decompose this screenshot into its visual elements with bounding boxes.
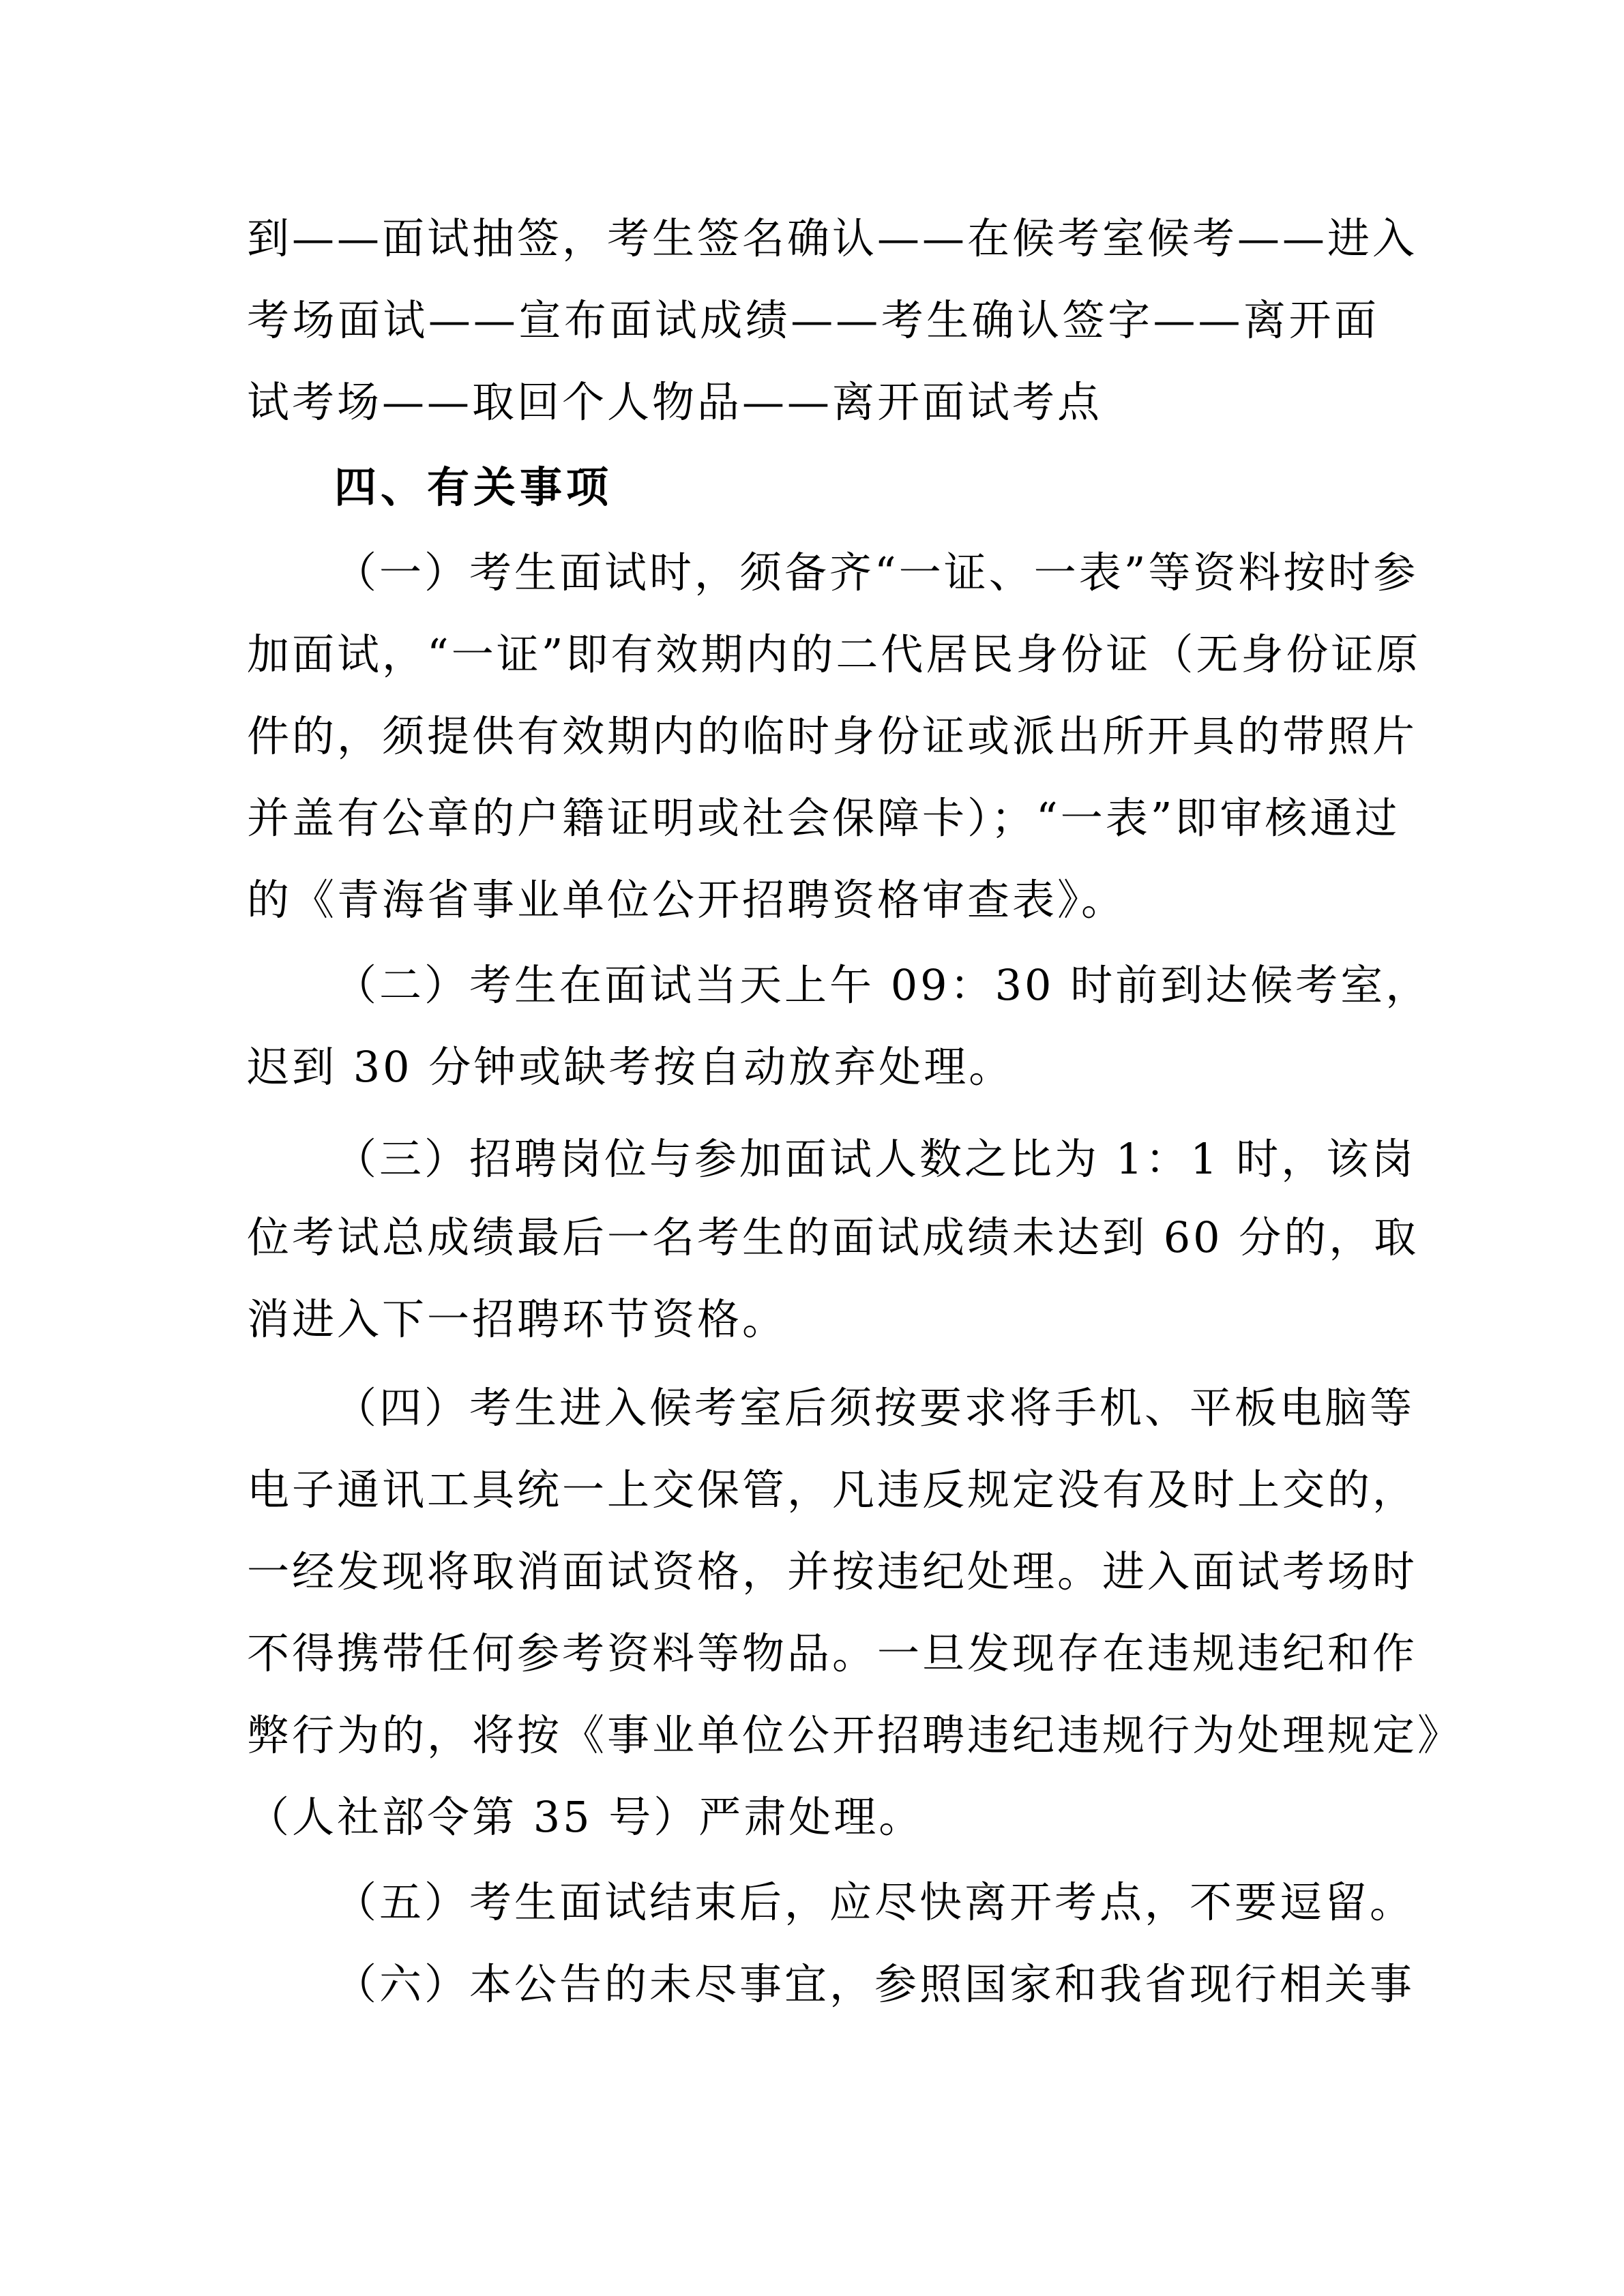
item-5-line-1: （五）考生面试结束后，应尽快离开考点，不要逗留。 <box>334 1872 1379 1933</box>
item-3-line-1: （三）招聘岗位与参加面试人数之比为 1：1 时，该岗 <box>334 1129 1379 1190</box>
section-heading: 四、有关事项 <box>334 457 1379 518</box>
procedure-line-3: 试考场——取回个人物品——离开面试考点 <box>247 372 1379 433</box>
item-6-line-1: （六）本公告的未尽事宜，参照国家和我省现行相关事 <box>334 1954 1379 2015</box>
procedure-line-1: 到——面试抽签，考生签名确认——在候考室候考——进入 <box>247 208 1379 269</box>
item-3-line-2: 位考试总成绩最后一名考生的面试成绩未达到 60 分的，取 <box>247 1207 1379 1268</box>
document-page: 到——面试抽签，考生签名确认——在候考室候考——进入 考场面试——宣布面试成绩—… <box>0 0 1624 2296</box>
item-4-line-3: 一经发现将取消面试资格，并按违纪处理。进入面试考场时 <box>247 1541 1379 1602</box>
item-4-line-5: 弊行为的，将按《事业单位公开招聘违纪违规行为处理规定》 <box>247 1705 1379 1766</box>
item-1-line-5: 的《青海省事业单位公开招聘资格审查表》。 <box>247 869 1379 931</box>
procedure-line-2: 考场面试——宣布面试成绩——考生确认签字——离开面 <box>247 290 1379 351</box>
item-3-line-3: 消进入下一招聘环节资格。 <box>247 1289 1379 1350</box>
item-2-line-2: 迟到 30 分钟或缺考按自动放弃处理。 <box>247 1037 1379 1098</box>
item-4-line-6: （人社部令第 35 号）严肃处理。 <box>247 1787 1379 1848</box>
item-2-line-1: （二）考生在面试当天上午 09：30 时前到达候考室， <box>334 955 1379 1016</box>
item-4-line-2: 电子通讯工具统一上交保管，凡违反规定没有及时上交的， <box>247 1459 1379 1521</box>
item-1-line-4: 并盖有公章的户籍证明或社会保障卡）；“一表”即审核通过 <box>247 788 1379 849</box>
item-1-line-2: 加面试，“一证”即有效期内的二代居民身份证（无身份证原 <box>247 624 1379 685</box>
item-4-line-4: 不得携带任何参考资料等物品。一旦发现存在违规违纪和作 <box>247 1623 1379 1684</box>
item-1-line-1: （一）考生面试时，须备齐“一证、一表”等资料按时参 <box>334 542 1379 603</box>
item-4-line-1: （四）考生进入候考室后须按要求将手机、平板电脑等 <box>334 1377 1379 1439</box>
item-1-line-3: 件的，须提供有效期内的临时身份证或派出所开具的带照片 <box>247 706 1379 767</box>
